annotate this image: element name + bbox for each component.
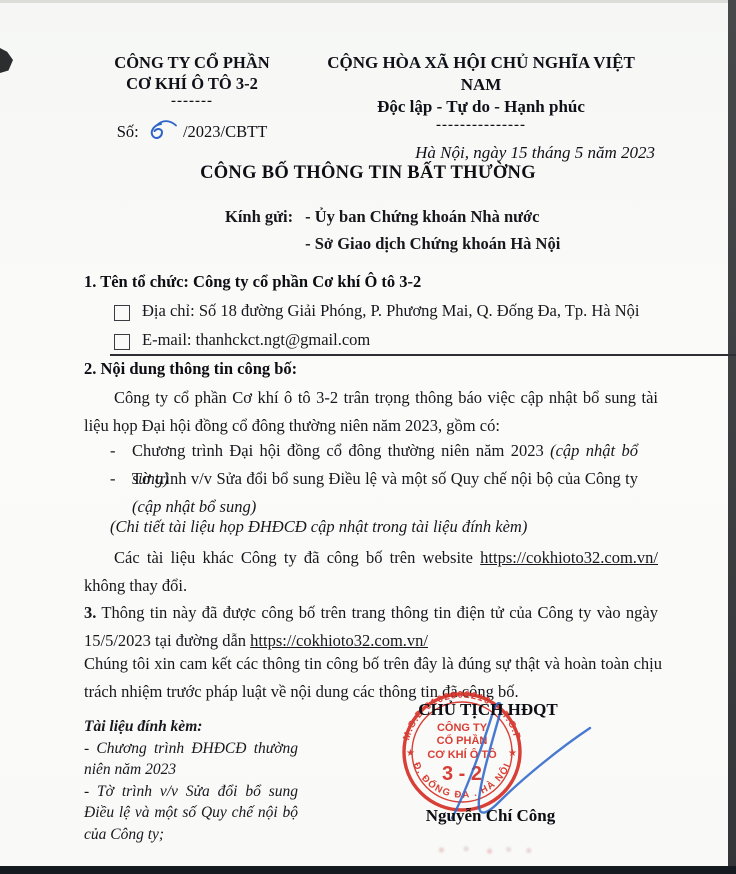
scan-right-edge <box>728 0 736 874</box>
signer-title: CHỦ TỊCH HĐQT <box>408 700 568 720</box>
company-website-link[interactable]: https://cokhioto32.com.vn/ <box>250 631 428 650</box>
attachments-title: Tài liệu đính kèm: <box>84 716 298 738</box>
scan-top-edge <box>0 0 736 3</box>
attachments-block: Tài liệu đính kèm: - Chương trình ĐHĐCĐ … <box>84 716 298 845</box>
company-header-block: CÔNG TY CỔ PHẦN CƠ KHÍ Ô TÔ 3-2 ------- … <box>92 52 292 148</box>
salutation-block: Kính gửi: - Ủy ban Chứng khoán Nhà nước … <box>225 203 560 257</box>
list-item-text: Tờ trình v/v Sửa đổi bổ sung Điều lệ và … <box>132 465 638 520</box>
scan-corner-mark <box>0 48 13 73</box>
recipient-line: - Ủy ban Chứng khoán Nhà nước <box>305 203 560 230</box>
salutation-recipients: - Ủy ban Chứng khoán Nhà nước - Sở Giao … <box>305 203 560 257</box>
square-bullet-icon <box>114 334 130 350</box>
doc-no-suffix: /2023/CBTT <box>183 122 267 141</box>
national-line2: Độc lập - Tự do - Hạnh phúc <box>305 96 657 118</box>
salutation-label: Kính gửi: <box>225 203 293 257</box>
faint-stamp-smudge <box>428 844 540 856</box>
item-note: (cập nhật bổ sung) <box>132 497 256 516</box>
company-name-line2: CƠ KHÍ Ô TÔ 3-2 <box>92 73 292 94</box>
section2-heading: 2. Nội dung thông tin công bố: <box>84 359 297 379</box>
national-line1: CỘNG HÒA XÃ HỘI CHỦ NGHĨA VIỆT NAM <box>305 52 657 96</box>
attachment-item: - Tờ trình v/v Sửa đổi bổ sung Điều lệ v… <box>84 781 298 846</box>
address-bullet-row: Địa chỉ: Số 18 đường Giải Phóng, P. Phươ… <box>114 301 639 321</box>
company-name-line1: CÔNG TY CỔ PHẦN <box>92 52 292 73</box>
national-header-block: CỘNG HÒA XÃ HỘI CHỦ NGHĨA VIỆT NAM Độc l… <box>305 52 657 164</box>
dateline: Hà Nội, ngày 15 tháng 5 năm 2023 <box>305 142 657 164</box>
other-documents-paragraph: Các tài liệu khác Công ty đã công bố trê… <box>84 544 658 599</box>
section1-heading: 1. Tên tổ chức: Công ty cổ phần Cơ khí Ô… <box>84 272 421 292</box>
section2-intro-paragraph: Công ty cổ phần Cơ khí ô tô 3-2 trân trọ… <box>84 384 658 439</box>
company-divider: ------- <box>92 94 292 108</box>
email-text: E-mail: thanhckct.ngt@gmail.com <box>142 330 370 350</box>
other-post-text: không thay đổi. <box>84 576 187 595</box>
doc-no-label: Số: <box>117 122 139 141</box>
company-website-link[interactable]: https://cokhioto32.com.vn/ <box>480 548 658 567</box>
email-bullet-row: E-mail: thanhckct.ngt@gmail.com <box>114 330 370 350</box>
item-text: Tờ trình v/v Sửa đổi bổ sung Điều lệ và … <box>132 469 638 488</box>
document-title: CÔNG BỐ THÔNG TIN BẤT THƯỜNG <box>0 163 736 184</box>
signer-name: Nguyễn Chí Công <box>408 806 573 826</box>
item-text: Chương trình Đại hội đồng cổ đông thường… <box>132 441 550 460</box>
list-item: - Tờ trình v/v Sửa đổi bổ sung Điều lệ v… <box>110 465 638 520</box>
horizontal-rule <box>110 354 736 356</box>
national-divider: --------------- <box>305 118 657 132</box>
address-text: Địa chỉ: Số 18 đường Giải Phóng, P. Phươ… <box>142 301 639 321</box>
square-bullet-icon <box>114 305 130 321</box>
dash-marker: - <box>110 465 132 520</box>
scanned-document-page: CÔNG TY CỔ PHẦN CƠ KHÍ Ô TÔ 3-2 ------- … <box>0 0 736 874</box>
attachment-item: - Chương trình ĐHĐCĐ thường niên năm 202… <box>84 738 298 781</box>
section3-number: 3. <box>84 603 96 622</box>
handwritten-number-icon <box>145 117 177 148</box>
recipient-line: - Sở Giao dịch Chứng khoán Hà Nội <box>305 230 560 257</box>
document-number: Số: /2023/CBTT <box>92 117 292 148</box>
section3-paragraph: 3. Thông tin này đã được công bố trên tr… <box>84 599 658 654</box>
other-pre-text: Các tài liệu khác Công ty đã công bố trê… <box>114 548 480 567</box>
scan-bottom-edge <box>0 866 736 874</box>
detail-note: (Chi tiết tài liệu họp ĐHĐCĐ cập nhật tr… <box>110 517 527 537</box>
